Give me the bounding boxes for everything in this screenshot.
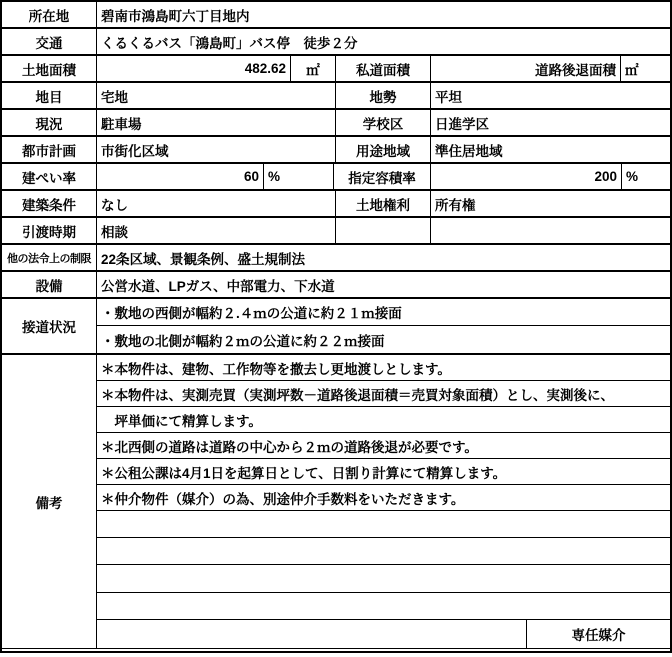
row-land-category: 地目 宅地 地勢 平坦 xyxy=(2,83,670,110)
remarks-empty-row xyxy=(97,565,670,593)
remarks-note-text xyxy=(97,565,670,592)
private-road-area-unit: ㎡ xyxy=(621,56,670,81)
remarks-empty-row xyxy=(97,538,670,565)
remarks-note: ＊公租公課は4月1日を起算日として、日割り計算にて精算します。 xyxy=(97,459,670,485)
utilities-value: 公営水道、LPガス、中部電力、下水道 xyxy=(97,272,670,297)
school-district-label: 学校区 xyxy=(336,110,431,135)
remarks-note: ＊北西側の道路は道路の中心から２ｍの道路後退が必要です。 xyxy=(97,433,670,459)
private-road-area-label: 私道面積 xyxy=(336,56,431,81)
row-utilities: 設備 公営水道、LPガス、中部電力、下水道 xyxy=(2,272,670,299)
land-area-label: 土地面積 xyxy=(2,56,97,81)
land-rights-value: 所有権 xyxy=(431,191,670,216)
remarks-empty-row xyxy=(97,511,670,538)
road-frontage-north: ・敷地の北側が幅約２ｍの公道に約２２ｍ接面 xyxy=(97,326,670,353)
row-remarks: 備考 ＊本物件は、建物、工作物等を撤去し更地渡しとします。 ＊本物件は、実測売買… xyxy=(2,355,670,649)
row-handover: 引渡時期 相談 xyxy=(2,218,670,245)
property-summary-table: 所在地 碧南市鴻島町六丁目地内 交通 くるくるバス「鴻島町」バス停 徒歩２分 土… xyxy=(2,2,670,649)
remarks-note: ＊本物件は、実測売買（実測坪数－道路後退面積＝売買対象面積）とし、実測後に、 xyxy=(97,381,670,407)
document-frame: 所在地 碧南市鴻島町六丁目地内 交通 くるくるバス「鴻島町」バス停 徒歩２分 土… xyxy=(0,0,672,653)
remarks-note-text: ＊本物件は、実測売買（実測坪数－道路後退面積＝売買対象面積）とし、実測後に、 xyxy=(97,381,670,406)
coverage-ratio-label: 建ぺい率 xyxy=(2,164,97,189)
location-label: 所在地 xyxy=(2,2,97,27)
agency-empty-cell xyxy=(97,620,527,648)
access-value: くるくるバス「鴻島町」バス停 徒歩２分 xyxy=(97,29,670,54)
land-category-label: 地目 xyxy=(2,83,97,108)
current-condition-label: 現況 xyxy=(2,110,97,135)
remarks-agency-row: 専任媒介 xyxy=(97,620,670,648)
row-access: 交通 くるくるバス「鴻島町」バス停 徒歩２分 xyxy=(2,29,670,56)
access-label: 交通 xyxy=(2,29,97,54)
remarks-label: 備考 xyxy=(2,355,97,648)
row-building-conditions: 建築条件 なし 土地権利 所有権 xyxy=(2,191,670,218)
handover-label: 引渡時期 xyxy=(2,218,97,243)
coverage-ratio-unit: % xyxy=(264,164,334,189)
land-rights-label: 土地権利 xyxy=(336,191,431,216)
current-condition-value: 駐車場 xyxy=(97,110,336,135)
handover-right-label xyxy=(336,218,431,243)
utilities-label: 設備 xyxy=(2,272,97,297)
land-category-value: 宅地 xyxy=(97,83,336,108)
road-frontage-west: ・敷地の西側が幅約２.４ｍの公道に約２１ｍ接面 xyxy=(97,299,670,325)
road-frontage-line: ・敷地の西側が幅約２.４ｍの公道に約２１ｍ接面 xyxy=(97,299,670,326)
remarks-note: ＊本物件は、建物、工作物等を撤去し更地渡しとします。 xyxy=(97,355,670,381)
school-district-value: 日進学区 xyxy=(431,110,670,135)
floor-area-ratio-value: 200 xyxy=(431,164,622,189)
terrain-value: 平坦 xyxy=(431,83,670,108)
floor-area-ratio-unit: % xyxy=(622,164,670,189)
handover-value: 相談 xyxy=(97,218,336,243)
land-area-unit: ㎡ xyxy=(291,56,336,81)
row-city-planning: 都市計画 市街化区域 用途地域 準住居地域 xyxy=(2,137,670,164)
road-frontage-line: ・敷地の北側が幅約２ｍの公道に約２２ｍ接面 xyxy=(97,326,670,353)
row-location: 所在地 碧南市鴻島町六丁目地内 xyxy=(2,2,670,29)
remarks-note-text: 坪単価にて精算します。 xyxy=(97,407,670,432)
remarks-note-text xyxy=(97,538,670,564)
row-land-area: 土地面積 482.62 ㎡ 私道面積 道路後退面積 ㎡ xyxy=(2,56,670,83)
building-conditions-value: なし xyxy=(97,191,336,216)
agency-type-value: 専任媒介 xyxy=(527,620,670,648)
remarks-note-text: ＊公租公課は4月1日を起算日として、日割り計算にて精算します。 xyxy=(97,459,670,484)
floor-area-ratio-label: 指定容積率 xyxy=(334,164,431,189)
land-area-value: 482.62 xyxy=(97,56,291,81)
remarks-note-text: ＊北西側の道路は道路の中心から２ｍの道路後退が必要です。 xyxy=(97,433,670,458)
city-planning-value: 市街化区域 xyxy=(97,137,336,162)
other-restrictions-value: 22条区域、景観条例、盛土規制法 xyxy=(97,245,670,270)
zoning-value: 準住居地域 xyxy=(431,137,670,162)
terrain-label: 地勢 xyxy=(336,83,431,108)
coverage-ratio-value: 60 xyxy=(97,164,264,189)
row-current-condition: 現況 駐車場 学校区 日進学区 xyxy=(2,110,670,137)
remarks-note-text: ＊本物件は、建物、工作物等を撤去し更地渡しとします。 xyxy=(97,355,670,380)
remarks-note-text: ＊仲介物件（媒介）の為、別途仲介手数料をいただきます。 xyxy=(97,485,670,510)
remarks-note-text xyxy=(97,511,670,537)
handover-right-value xyxy=(431,218,670,243)
remarks-empty-row xyxy=(97,593,670,620)
building-conditions-label: 建築条件 xyxy=(2,191,97,216)
city-planning-label: 都市計画 xyxy=(2,137,97,162)
row-road-frontage: 接道状況 ・敷地の西側が幅約２.４ｍの公道に約２１ｍ接面 ・敷地の北側が幅約２ｍ… xyxy=(2,299,670,355)
row-coverage-ratio: 建ぺい率 60 % 指定容積率 200 % xyxy=(2,164,670,191)
remarks-note-text xyxy=(97,593,670,619)
road-frontage-label: 接道状況 xyxy=(2,299,97,353)
location-value: 碧南市鴻島町六丁目地内 xyxy=(97,2,670,27)
zoning-label: 用途地域 xyxy=(336,137,431,162)
remarks-note: ＊仲介物件（媒介）の為、別途仲介手数料をいただきます。 xyxy=(97,485,670,511)
row-other-restrictions: 他の法令上の制限 22条区域、景観条例、盛土規制法 xyxy=(2,245,670,272)
other-restrictions-label: 他の法令上の制限 xyxy=(2,245,97,270)
remarks-note: 坪単価にて精算します。 xyxy=(97,407,670,433)
setback-area-label: 道路後退面積 xyxy=(431,56,621,81)
